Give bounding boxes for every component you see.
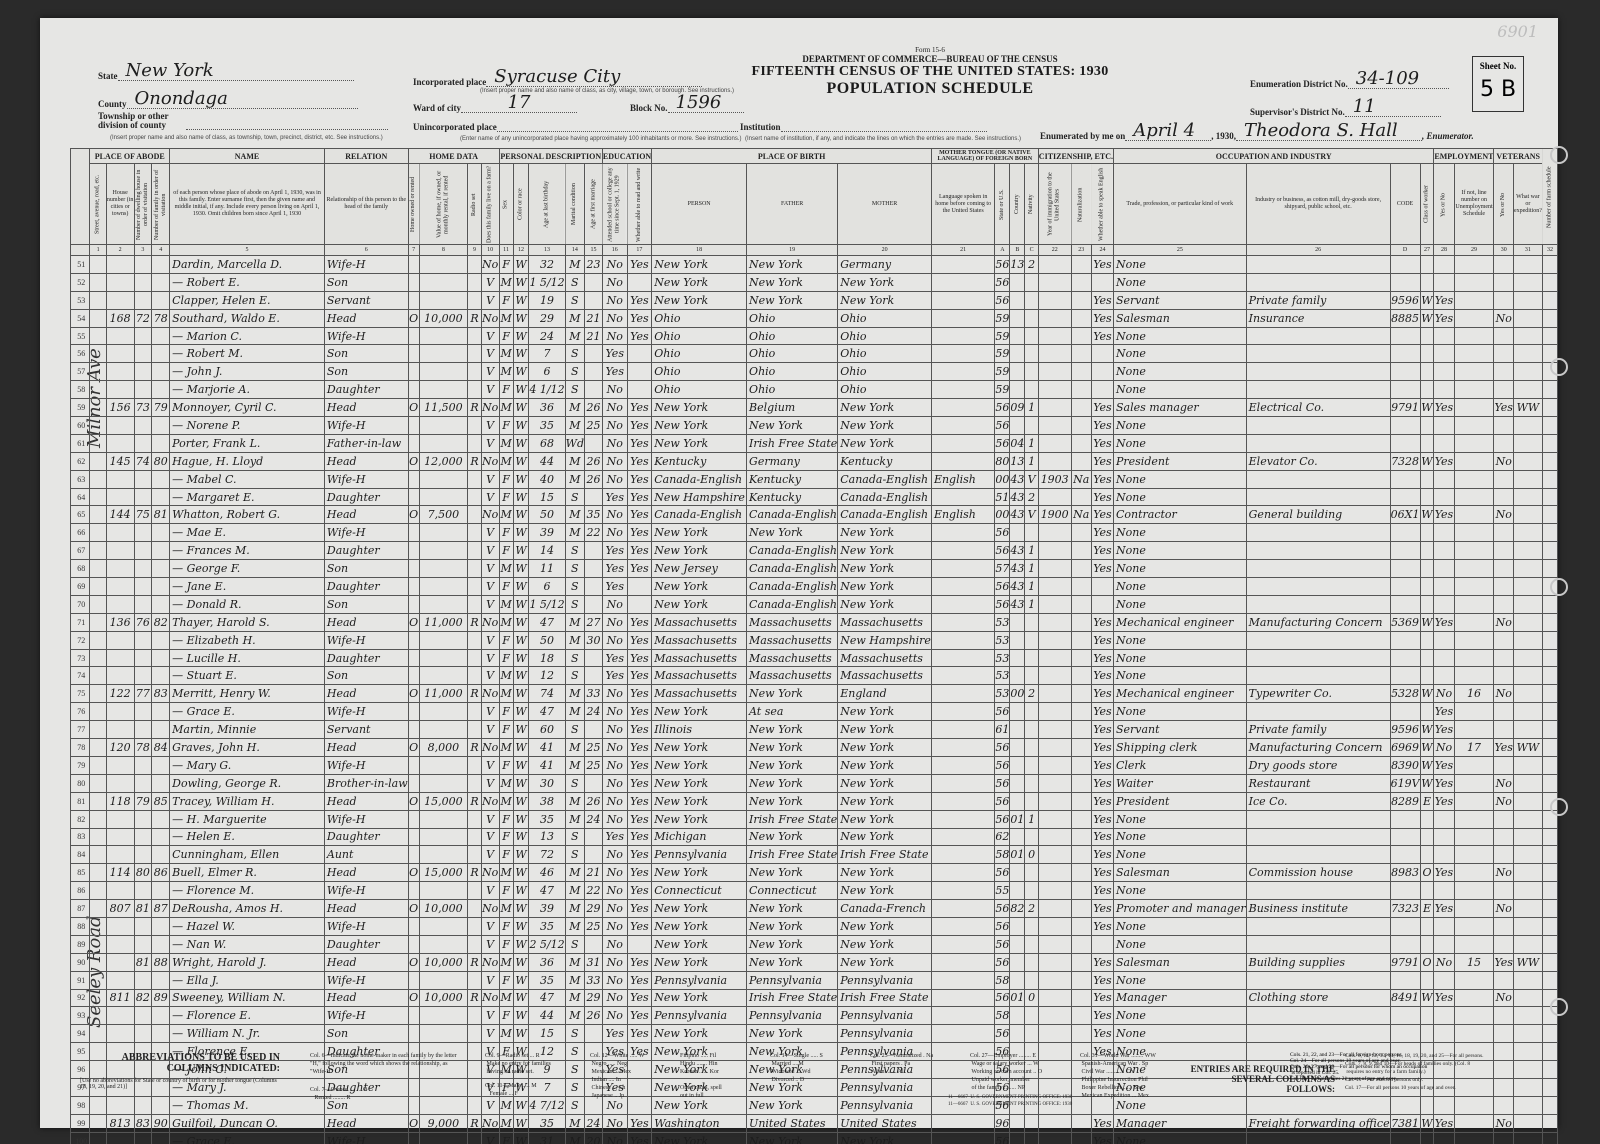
- birthplace-person-cell: Pennsylvania: [652, 971, 747, 989]
- radio-set-cell: [468, 560, 481, 578]
- family-number-cell: 78: [152, 309, 170, 327]
- birthplace-person-cell: New York: [652, 273, 747, 291]
- code-b-cell: 13: [1010, 452, 1025, 470]
- street-cell: [90, 327, 106, 345]
- industry-cell: Building supplies: [1246, 953, 1390, 971]
- read-write-cell: Yes: [627, 703, 652, 721]
- header-naturalization: Naturalization: [1071, 164, 1091, 245]
- radio-set-cell: [468, 363, 481, 381]
- house-number-cell: 122: [106, 685, 134, 703]
- mother-tongue-cell: [931, 345, 994, 363]
- age-first-marriage-cell: 26: [585, 470, 603, 488]
- farm-cell: V: [481, 273, 499, 291]
- code-b-cell: [1010, 381, 1025, 399]
- col12-note: Col. 12—White ..... W Negro ..... Neg Me…: [590, 1052, 644, 1100]
- header-language: Language spoken in home before coming to…: [931, 164, 994, 245]
- immigration-year-cell: [1038, 792, 1071, 810]
- veteran-cell: [1494, 882, 1513, 900]
- farm-cell: V: [481, 291, 499, 309]
- unemployment-line-cell: [1454, 649, 1494, 667]
- farm-cell: V: [481, 667, 499, 685]
- birthplace-mother-cell: New York: [838, 434, 932, 452]
- war-cell: [1513, 363, 1542, 381]
- occupation-cell: Manager: [1113, 1114, 1246, 1132]
- family-number-cell: [152, 756, 170, 774]
- immigration-year-cell: [1038, 756, 1071, 774]
- header-farm: Does this family live on a farm?: [481, 164, 499, 245]
- war-cell: [1513, 542, 1542, 560]
- farm-schedule-cell: [1542, 1114, 1557, 1132]
- marital-status-cell: M: [565, 953, 584, 971]
- code-c-cell: [1025, 971, 1038, 989]
- radio-set-cell: R: [468, 452, 481, 470]
- code-a-cell: 56: [995, 792, 1010, 810]
- street-cell: [90, 900, 106, 918]
- birthplace-person-cell: New York: [652, 864, 747, 882]
- line-number-cell: 56: [71, 345, 90, 363]
- header-color: Color or race: [513, 164, 529, 245]
- class-of-worker-cell: [1420, 1025, 1434, 1043]
- radio-set-cell: [468, 256, 481, 274]
- unemployment-line-cell: [1454, 1132, 1494, 1144]
- marital-status-cell: M: [565, 399, 584, 417]
- relation-cell: Daughter: [324, 828, 408, 846]
- table-row: 67— Frances M.DaughterVFW14SYesYesNew Yo…: [71, 542, 1558, 560]
- header-value: Value of home, if owned, or monthly rent…: [419, 164, 468, 245]
- relation-cell: Wife-H: [324, 882, 408, 900]
- naturalization-cell: [1071, 649, 1091, 667]
- line-number-cell: 80: [71, 774, 90, 792]
- industry-cell: Clothing store: [1246, 989, 1390, 1007]
- sex-cell: F: [499, 524, 513, 542]
- radio-set-cell: [468, 631, 481, 649]
- war-cell: [1513, 470, 1542, 488]
- industry-cell: [1246, 327, 1390, 345]
- line-number-cell: 71: [71, 613, 90, 631]
- code-c-cell: [1025, 345, 1038, 363]
- war-cell: [1513, 774, 1542, 792]
- speaks-english-cell: [1091, 273, 1113, 291]
- person-name-cell: — Norene P.: [170, 417, 325, 435]
- naturalization-cell: [1071, 542, 1091, 560]
- war-cell: [1513, 560, 1542, 578]
- census-title: FIFTEENTH CENSUS OF THE UNITED STATES: 1…: [720, 64, 1140, 80]
- code-c-cell: [1025, 273, 1038, 291]
- read-write-cell: [627, 381, 652, 399]
- family-number-cell: 90: [152, 1114, 170, 1132]
- house-number-cell: [106, 470, 134, 488]
- code-c-cell: 1: [1025, 542, 1038, 560]
- naturalization-cell: [1071, 327, 1091, 345]
- line-number-header: [71, 149, 90, 245]
- birthplace-person-cell: Washington: [652, 1114, 747, 1132]
- line-number-cell: 90: [71, 953, 90, 971]
- house-number-cell: [106, 363, 134, 381]
- occupation-cell: None: [1113, 381, 1246, 399]
- birthplace-father-cell: Canada-English: [747, 578, 838, 596]
- speaks-english-cell: Yes: [1091, 1114, 1113, 1132]
- code-b-cell: [1010, 363, 1025, 381]
- farm-cell: V: [481, 417, 499, 435]
- code-b-cell: 09: [1010, 399, 1025, 417]
- street-cell: [90, 828, 106, 846]
- attended-school-cell: No: [602, 381, 627, 399]
- attended-school-cell: No: [602, 721, 627, 739]
- age-cell: 47: [529, 703, 565, 721]
- institution-label: Institution: [740, 122, 781, 132]
- unemployment-line-cell: [1454, 434, 1494, 452]
- speaks-english-cell: Yes: [1091, 524, 1113, 542]
- birthplace-mother-cell: New York: [838, 828, 932, 846]
- industry-cell: [1246, 882, 1390, 900]
- occupation-code-cell: [1390, 917, 1420, 935]
- industry-cell: [1246, 971, 1390, 989]
- birthplace-father-cell: New York: [747, 792, 838, 810]
- employed-cell: Yes: [1434, 792, 1454, 810]
- birthplace-person-cell: New York: [652, 900, 747, 918]
- radio-set-cell: [468, 417, 481, 435]
- occupation-code-cell: [1390, 470, 1420, 488]
- farm-schedule-cell: [1542, 256, 1557, 274]
- war-cell: [1513, 578, 1542, 596]
- naturalization-cell: [1071, 1132, 1091, 1144]
- code-a-cell: 56: [995, 989, 1010, 1007]
- col23-note: Col. 23—Naturalized . Na First papers . …: [870, 1052, 933, 1076]
- code-b-cell: [1010, 917, 1025, 935]
- unemployment-line-cell: [1454, 1007, 1494, 1025]
- attended-school-cell: Yes: [602, 363, 627, 381]
- home-value-cell: [419, 756, 468, 774]
- birthplace-father-cell: New York: [747, 774, 838, 792]
- birthplace-mother-cell: New York: [838, 291, 932, 309]
- employed-cell: [1434, 810, 1454, 828]
- age-cell: 19: [529, 291, 565, 309]
- line-number-cell: 69: [71, 578, 90, 596]
- farm-schedule-cell: [1542, 917, 1557, 935]
- unemployment-line-cell: [1454, 506, 1494, 524]
- mother-tongue-cell: [931, 399, 994, 417]
- home-owned-cell: [408, 846, 419, 864]
- birthplace-person-cell: Pennsylvania: [652, 1007, 747, 1025]
- home-value-cell: [419, 417, 468, 435]
- home-owned-cell: [408, 810, 419, 828]
- marital-status-cell: M: [565, 327, 584, 345]
- birthplace-mother-cell: New York: [838, 1132, 932, 1144]
- dwelling-number-cell: [134, 381, 152, 399]
- line-number-cell: 94: [71, 1025, 90, 1043]
- house-number-cell: [106, 488, 134, 506]
- age-cell: 46: [529, 864, 565, 882]
- table-row: 83— Helen E.DaughterVFW13SYesYesMichigan…: [71, 828, 1558, 846]
- naturalization-cell: [1071, 452, 1091, 470]
- read-write-cell: Yes: [627, 613, 652, 631]
- line-number-cell: 93: [71, 1007, 90, 1025]
- occupation-code-cell: [1390, 667, 1420, 685]
- race-cell: W: [513, 363, 529, 381]
- occupation-code-cell: [1390, 882, 1420, 900]
- radio-set-cell: [468, 756, 481, 774]
- occupation-cell: President: [1113, 792, 1246, 810]
- age-first-marriage-cell: 26: [585, 452, 603, 470]
- table-row: 77Martin, MinnieServantVFW60SNoYesIllino…: [71, 721, 1558, 739]
- attended-school-cell: No: [602, 917, 627, 935]
- immigration-year-cell: [1038, 256, 1071, 274]
- state-field: State New York: [98, 62, 354, 81]
- farm-cell: V: [481, 774, 499, 792]
- home-value-cell: [419, 524, 468, 542]
- employed-cell: [1434, 560, 1454, 578]
- code-c-cell: [1025, 1007, 1038, 1025]
- supervisor-district-field: Supervisor's District No. 11: [1250, 98, 1441, 117]
- code-a-cell: 56: [995, 756, 1010, 774]
- family-number-cell: 81: [152, 506, 170, 524]
- home-value-cell: [419, 721, 468, 739]
- home-value-cell: [419, 971, 468, 989]
- sex-cell: F: [499, 256, 513, 274]
- speaks-english-cell: Yes: [1091, 309, 1113, 327]
- home-value-cell: [419, 1025, 468, 1043]
- person-name-cell: Tracey, William H.: [170, 792, 325, 810]
- read-write-cell: Yes: [627, 774, 652, 792]
- unemployment-line-cell: [1454, 524, 1494, 542]
- home-value-cell: [419, 667, 468, 685]
- unemployment-line-cell: 15: [1454, 953, 1494, 971]
- schedule-rows: 51Dardin, Marcella D.Wife-HNoFW32M23NoYe…: [71, 256, 1558, 1144]
- age-first-marriage-cell: [585, 828, 603, 846]
- line-number-cell: 67: [71, 542, 90, 560]
- birthplace-father-cell: Massachusetts: [747, 613, 838, 631]
- race-cell: W: [513, 345, 529, 363]
- home-owned-cell: [408, 1025, 419, 1043]
- war-cell: [1513, 452, 1542, 470]
- unemployment-line-cell: [1454, 792, 1494, 810]
- attended-school-cell: Yes: [602, 1025, 627, 1043]
- code-a-cell: 59: [995, 363, 1010, 381]
- column-number: 23: [1071, 245, 1091, 256]
- veteran-cell: No: [1494, 452, 1513, 470]
- sex-cell: F: [499, 327, 513, 345]
- code-a-cell: 58: [995, 1007, 1010, 1025]
- sex-cell: M: [499, 739, 513, 757]
- read-write-cell: Yes: [627, 1114, 652, 1132]
- naturalization-cell: [1071, 774, 1091, 792]
- dwelling-number-cell: [134, 345, 152, 363]
- race-cell: W: [513, 595, 529, 613]
- industry-cell: [1246, 273, 1390, 291]
- class-of-worker-cell: [1420, 345, 1434, 363]
- person-name-cell: — Jane E.: [170, 578, 325, 596]
- birthplace-father-cell: New York: [747, 917, 838, 935]
- occupation-cell: None: [1113, 273, 1246, 291]
- occupation-cell: Shipping clerk: [1113, 739, 1246, 757]
- dwelling-number-cell: [134, 417, 152, 435]
- class-of-worker-cell: W: [1420, 1114, 1434, 1132]
- relation-cell: Wife-H: [324, 417, 408, 435]
- home-owned-cell: [408, 917, 419, 935]
- industry-cell: [1246, 470, 1390, 488]
- industry-cell: [1246, 667, 1390, 685]
- farm-schedule-cell: [1542, 864, 1557, 882]
- code-b-cell: [1010, 1132, 1025, 1144]
- read-write-cell: Yes: [627, 434, 652, 452]
- industry-cell: [1246, 1007, 1390, 1025]
- header-birth-mother: MOTHER: [838, 164, 932, 245]
- speaks-english-cell: Yes: [1091, 470, 1113, 488]
- house-number-cell: [106, 256, 134, 274]
- age-cell: 30: [529, 774, 565, 792]
- class-of-worker-cell: W: [1420, 774, 1434, 792]
- mother-tongue-cell: [931, 613, 994, 631]
- class-of-worker-cell: [1420, 434, 1434, 452]
- column-number: 5: [170, 245, 325, 256]
- home-owned-cell: O: [408, 1114, 419, 1132]
- birthplace-mother-cell: Ohio: [838, 327, 932, 345]
- race-cell: W: [513, 649, 529, 667]
- war-cell: [1513, 917, 1542, 935]
- sex-cell: M: [499, 613, 513, 631]
- war-cell: [1513, 864, 1542, 882]
- sex-cell: F: [499, 488, 513, 506]
- code-a-cell: 56: [995, 524, 1010, 542]
- person-name-cell: — Margaret E.: [170, 488, 325, 506]
- read-write-cell: Yes: [627, 846, 652, 864]
- dwelling-number-cell: [134, 882, 152, 900]
- birthplace-mother-cell: New York: [838, 524, 932, 542]
- occupation-code-cell: [1390, 327, 1420, 345]
- col12b-note: Filipino ..... Fil Hindu ....... Hin Kor…: [680, 1052, 722, 1100]
- age-cell: 47: [529, 882, 565, 900]
- person-name-cell: — William N. Jr.: [170, 1025, 325, 1043]
- birthplace-father-cell: New York: [747, 900, 838, 918]
- read-write-cell: Yes: [627, 631, 652, 649]
- age-first-marriage-cell: 27: [585, 613, 603, 631]
- veteran-cell: No: [1494, 613, 1513, 631]
- code-b-cell: [1010, 417, 1025, 435]
- enumeration-district-field: Enumeration District No. 34-109: [1250, 70, 1449, 89]
- industry-cell: Electrical Co.: [1246, 399, 1390, 417]
- attended-school-cell: No: [602, 327, 627, 345]
- age-first-marriage-cell: [585, 774, 603, 792]
- code-c-cell: 1: [1025, 595, 1038, 613]
- sex-cell: M: [499, 273, 513, 291]
- code-a-cell: 59: [995, 345, 1010, 363]
- race-cell: W: [513, 256, 529, 274]
- person-name-cell: — Elizabeth H.: [170, 631, 325, 649]
- veteran-cell: [1494, 971, 1513, 989]
- person-name-cell: Hague, H. Lloyd: [170, 452, 325, 470]
- immigration-year-cell: [1038, 667, 1071, 685]
- abbreviations-title: ABBREVIATIONS TO BE USED IN COLUMNS INDI…: [80, 1052, 280, 1090]
- age-cell: 35: [529, 917, 565, 935]
- attended-school-cell: No: [602, 935, 627, 953]
- code-a-cell: 80: [995, 452, 1010, 470]
- naturalization-cell: [1071, 381, 1091, 399]
- home-value-cell: [419, 828, 468, 846]
- dwelling-number-cell: [134, 470, 152, 488]
- occupation-cell: Sales manager: [1113, 399, 1246, 417]
- header-radio: Radio set: [468, 164, 481, 245]
- age-cell: 36: [529, 953, 565, 971]
- class-of-worker-cell: [1420, 560, 1434, 578]
- age-cell: 41: [529, 756, 565, 774]
- table-row: 53Clapper, Helen E.ServantVFW19SNoYesNew…: [71, 291, 1558, 309]
- mother-tongue-cell: [931, 649, 994, 667]
- class-of-worker-cell: [1420, 327, 1434, 345]
- birthplace-person-cell: Massachusetts: [652, 613, 747, 631]
- occupation-code-cell: [1390, 649, 1420, 667]
- veteran-cell: [1494, 721, 1513, 739]
- code-b-cell: [1010, 309, 1025, 327]
- home-owned-cell: [408, 345, 419, 363]
- speaks-english-cell: Yes: [1091, 452, 1113, 470]
- speaks-english-cell: Yes: [1091, 560, 1113, 578]
- relation-cell: Son: [324, 560, 408, 578]
- read-write-cell: [627, 363, 652, 381]
- mother-tongue-cell: [931, 363, 994, 381]
- age-first-marriage-cell: 26: [585, 399, 603, 417]
- birthplace-person-cell: New York: [652, 810, 747, 828]
- birthplace-father-cell: Irish Free State: [747, 989, 838, 1007]
- occupation-code-cell: [1390, 524, 1420, 542]
- attended-school-cell: No: [602, 1007, 627, 1025]
- speaks-english-cell: Yes: [1091, 399, 1113, 417]
- industry-cell: [1246, 256, 1390, 274]
- code-c-cell: [1025, 309, 1038, 327]
- employed-cell: Yes: [1434, 989, 1454, 1007]
- street-cell: [90, 917, 106, 935]
- class-of-worker-cell: [1420, 1132, 1434, 1144]
- table-row: 58— Marjorie A.DaughterVFW4 1/12SNoOhioO…: [71, 381, 1558, 399]
- war-cell: WW: [1513, 399, 1542, 417]
- class-of-worker-cell: [1420, 828, 1434, 846]
- naturalization-cell: [1071, 524, 1091, 542]
- header-family: Number of family in order of visitation: [152, 164, 170, 245]
- binding-ring: [1550, 798, 1568, 816]
- person-name-cell: — Marion C.: [170, 327, 325, 345]
- house-number-cell: 813: [106, 1114, 134, 1132]
- occupation-code-cell: [1390, 1132, 1420, 1144]
- col9-note: Col. 9—Radio set ... R Make no entry for…: [485, 1052, 551, 1076]
- employed-cell: [1434, 971, 1454, 989]
- age-first-marriage-cell: [585, 273, 603, 291]
- sex-cell: F: [499, 1132, 513, 1144]
- column-number: 13: [529, 245, 565, 256]
- war-cell: [1513, 721, 1542, 739]
- read-write-cell: Yes: [627, 953, 652, 971]
- age-cell: 47: [529, 989, 565, 1007]
- person-name-cell: — Nan W.: [170, 935, 325, 953]
- unemployment-line-cell: [1454, 613, 1494, 631]
- read-write-cell: Yes: [627, 309, 652, 327]
- home-value-cell: 15,000: [419, 792, 468, 810]
- line-number-cell: 55: [71, 327, 90, 345]
- farm-schedule-cell: [1542, 470, 1557, 488]
- sex-cell: M: [499, 685, 513, 703]
- column-number: 24: [1091, 245, 1113, 256]
- birthplace-mother-cell: Ohio: [838, 345, 932, 363]
- unemployment-line-cell: [1454, 989, 1494, 1007]
- industry-cell: Freight forwarding office: [1246, 1114, 1390, 1132]
- occupation-code-cell: [1390, 935, 1420, 953]
- column-number: 31: [1513, 245, 1542, 256]
- occupation-cell: None: [1113, 846, 1246, 864]
- radio-set-cell: R: [468, 685, 481, 703]
- code-a-cell: 56: [995, 417, 1010, 435]
- code-b-cell: [1010, 524, 1025, 542]
- institution-note: (Insert name of institution, if any, and…: [745, 136, 1021, 142]
- age-first-marriage-cell: [585, 345, 603, 363]
- occupation-cell: Manager: [1113, 989, 1246, 1007]
